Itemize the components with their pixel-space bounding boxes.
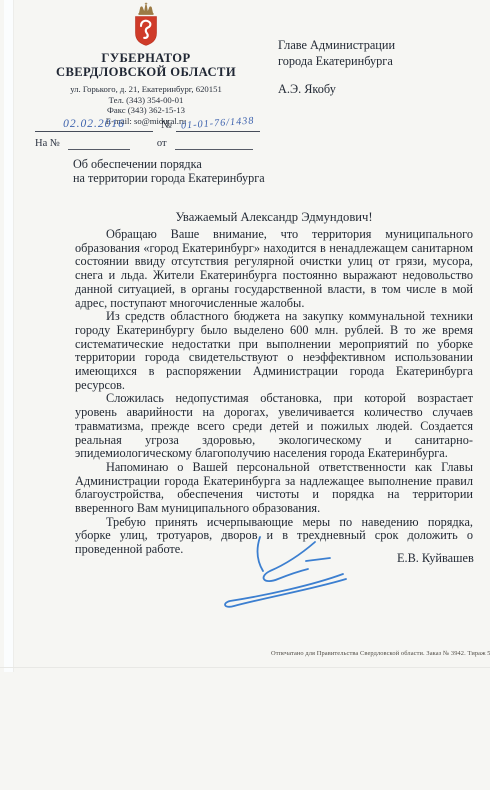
- date-number-row: 02.02.2016 № 01-01-76/1438: [35, 118, 265, 132]
- org-title-line1: ГУБЕРНАТОР: [30, 51, 262, 65]
- reply-number-blank: [68, 138, 130, 150]
- subject-line1: Об обеспечении порядка: [73, 158, 265, 172]
- print-shop-note: Отпечатано для Правительства Свердловско…: [271, 650, 490, 657]
- scanned-letter-page: ГУБЕРНАТОР СВЕРДЛОВСКОЙ ОБЛАСТИ ул. Горь…: [0, 0, 490, 790]
- recipient-block: Главе Администрации города Екатеринбурга…: [278, 38, 395, 97]
- org-address-street: ул. Горького, д. 21, Екатеринбург, 62015…: [30, 84, 262, 95]
- handwritten-outgoing-number: 01-01-76/1438: [176, 118, 260, 132]
- paragraph: Обращаю Ваше внимание, что территория му…: [75, 228, 473, 310]
- reply-number-label: На №: [35, 138, 60, 150]
- recipient-name: А.Э. Якобу: [278, 82, 395, 98]
- paragraph: Сложилась недопустимая обстановка, при к…: [75, 392, 473, 461]
- org-phone: Тел. (343) 354-00-01: [30, 95, 262, 106]
- sverdlovsk-oblast-coat-of-arms-icon: [128, 2, 164, 46]
- page-edge-line: [0, 667, 490, 668]
- org-title-line2: СВЕРДЛОВСКОЙ ОБЛАСТИ: [30, 65, 262, 79]
- recipient-line1: Главе Администрации: [278, 38, 395, 54]
- subject-line2: на территории города Екатеринбурга: [73, 172, 265, 186]
- org-fax: Факс (343) 362-15-13: [30, 105, 262, 116]
- reference-block: 02.02.2016 № 01-01-76/1438 На № от: [35, 118, 265, 150]
- greeting: Уважаемый Александр Эдмундович!: [75, 210, 473, 225]
- reply-from-label: от: [157, 138, 167, 150]
- letterhead: ГУБЕРНАТОР СВЕРДЛОВСКОЙ ОБЛАСТИ ул. Горь…: [30, 2, 262, 126]
- handwritten-date: 02.02.2016: [35, 118, 153, 132]
- number-sign-label: №: [161, 119, 172, 132]
- paragraph: Напоминаю о Вашей персональной ответстве…: [75, 461, 473, 516]
- paragraph: Из средств областного бюджета на закупку…: [75, 310, 473, 392]
- recipient-line2: города Екатеринбурга: [278, 54, 395, 70]
- reply-reference-row: На № от: [35, 138, 265, 150]
- signer-name: Е.В. Куйвашев: [397, 551, 474, 566]
- handwritten-signature-icon: [208, 533, 356, 616]
- reply-date-blank: [175, 138, 253, 150]
- scan-edge-artifact: [4, 0, 14, 672]
- subject-block: Об обеспечении порядка на территории гор…: [73, 158, 265, 186]
- letter-body: Обращаю Ваше внимание, что территория му…: [75, 228, 473, 557]
